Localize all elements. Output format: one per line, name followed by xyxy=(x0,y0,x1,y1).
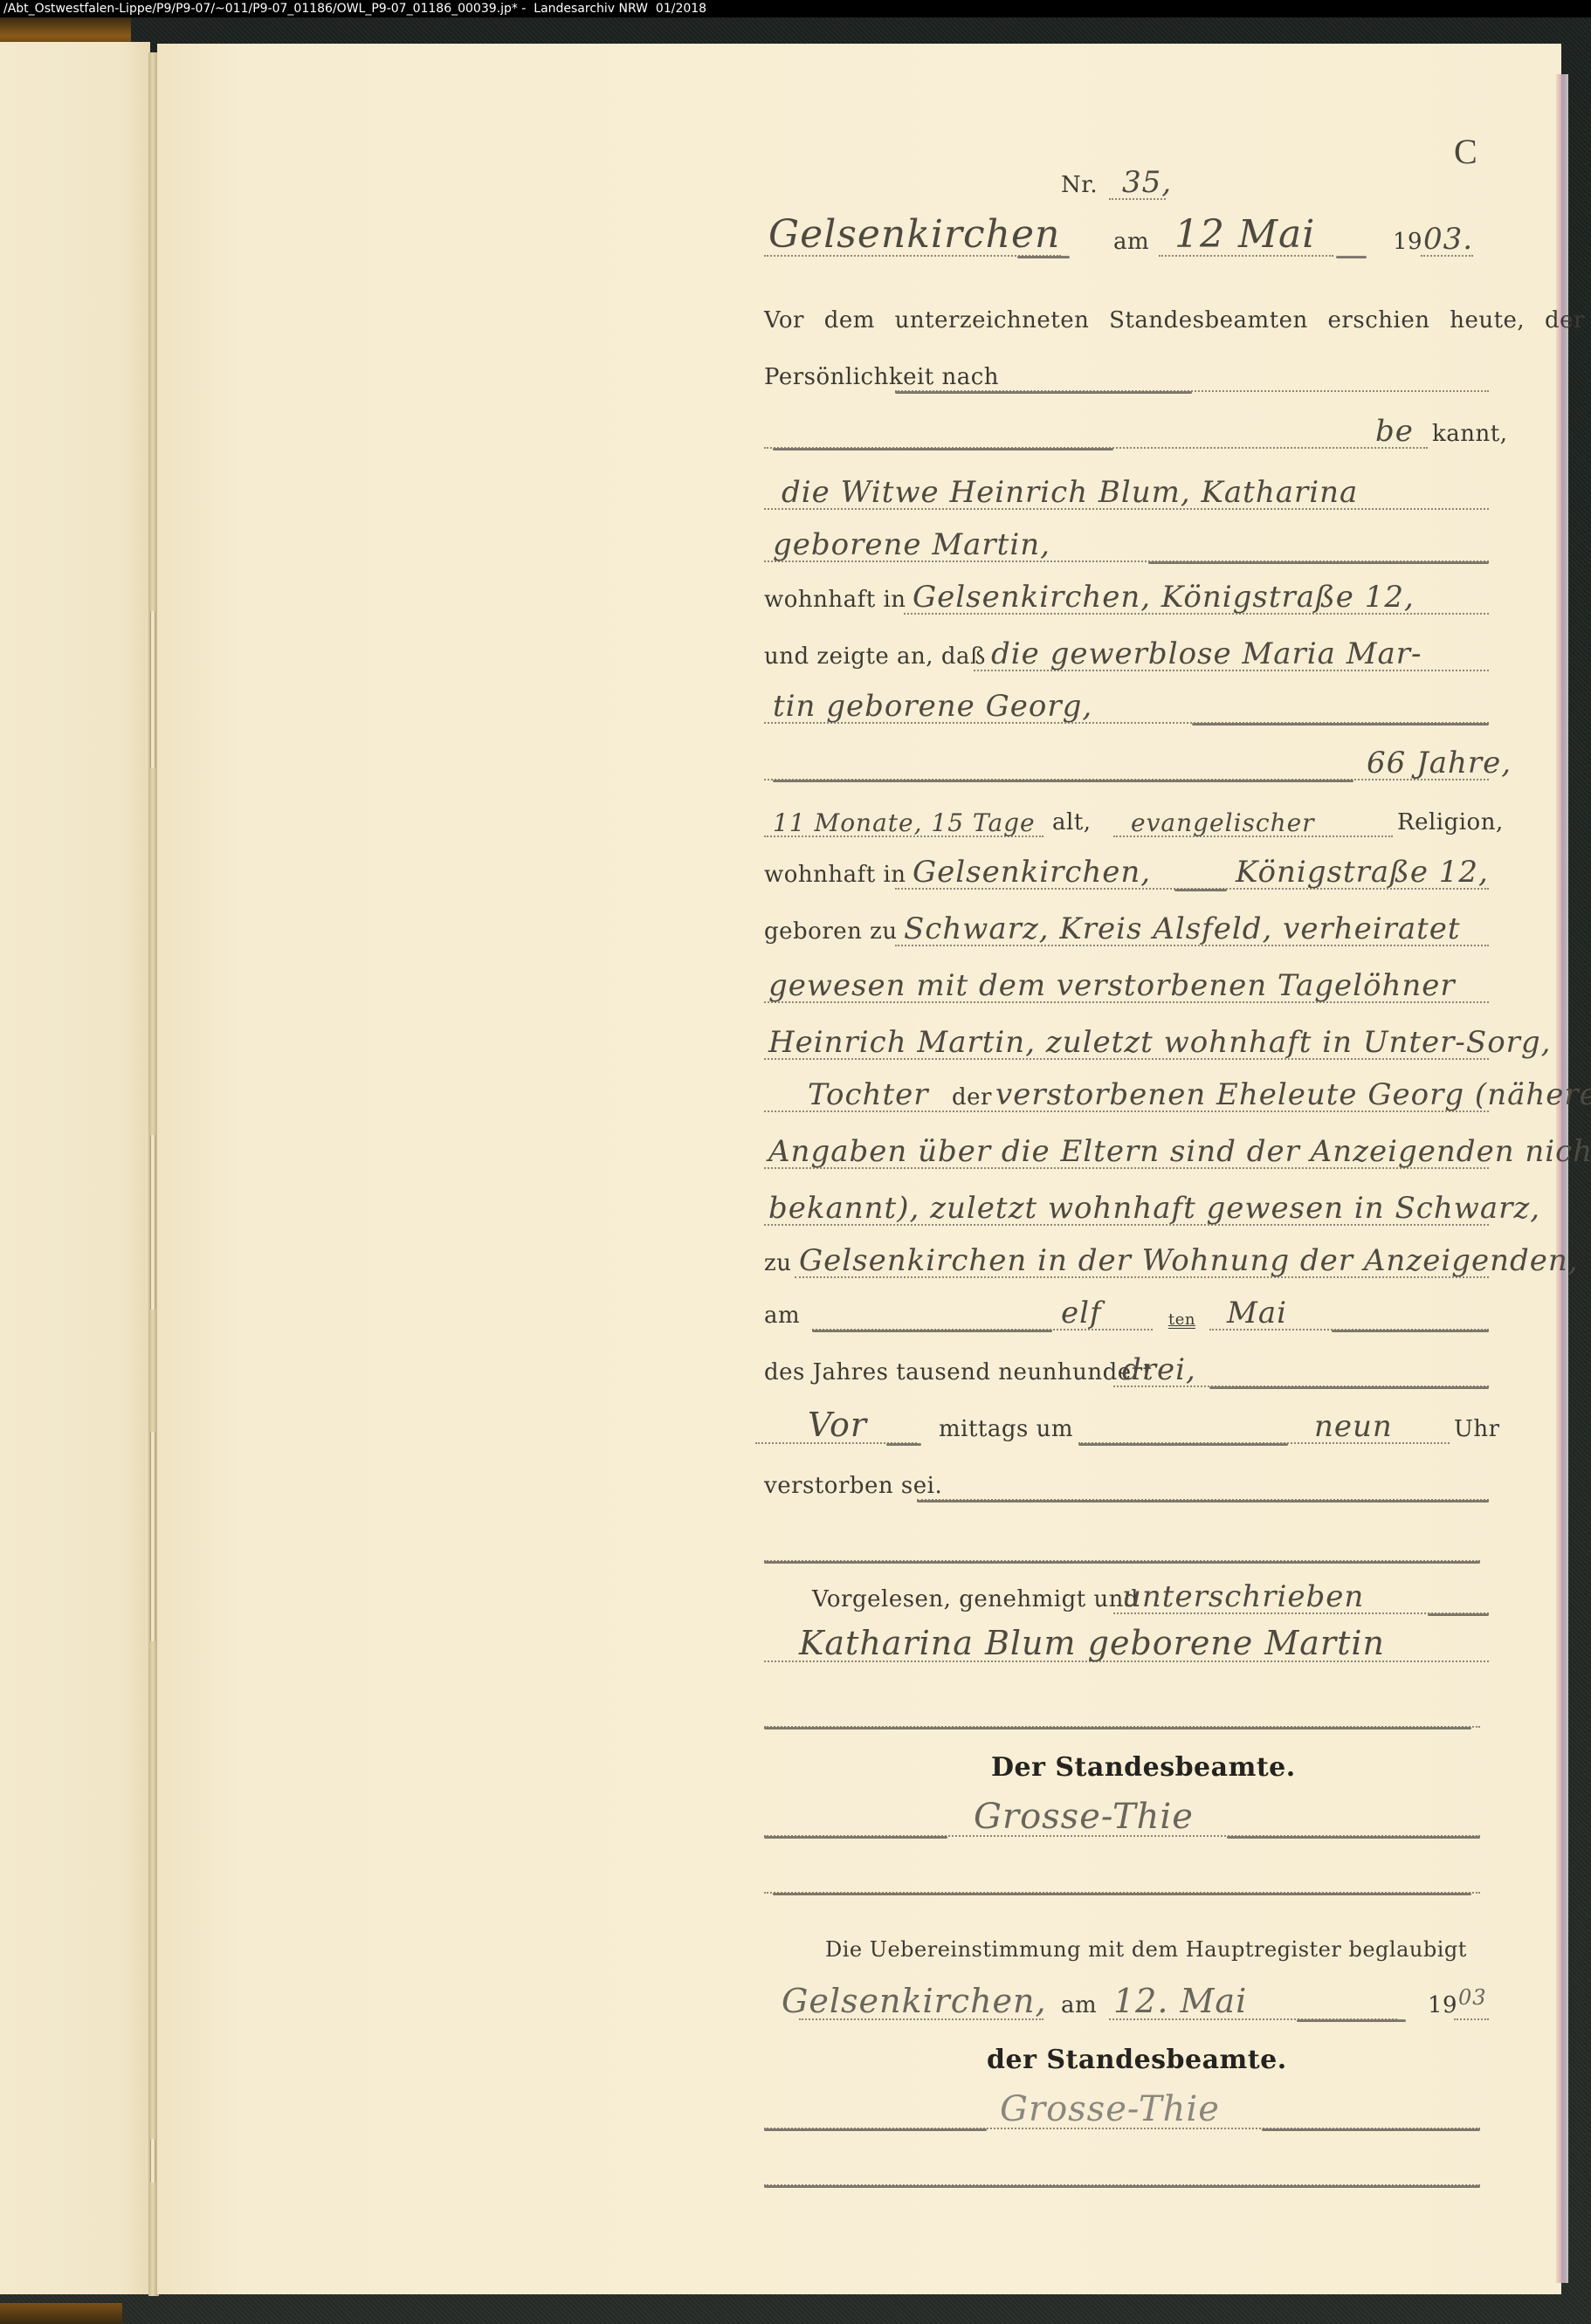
kannt-label: kannt, xyxy=(1432,421,1507,447)
informant-signature-row: Katharina Blum geborene Martin xyxy=(764,1615,1489,1667)
parents-info-text: Angaben über die Eltern sind der Anzeige… xyxy=(768,1134,1591,1169)
age-row-1: 66 Jahre, xyxy=(764,733,1489,786)
certification-text: Die Uebereinstimmung mit dem Hauptregist… xyxy=(825,1937,1467,1962)
blank-row xyxy=(764,1681,1489,1733)
place-of-death: Gelsenkirchen in der Wohnung der Anzeige… xyxy=(799,1243,1579,1278)
place-value: Gelsenkirchen xyxy=(768,212,1060,257)
parents-row: Angaben über die Eltern sind der Anzeige… xyxy=(764,1122,1489,1174)
birthplace-value: Schwarz, Kreis Alsfeld, verheiratet xyxy=(904,911,1461,946)
place-of-death-row: zu Gelsenkirchen in der Wohnung der Anze… xyxy=(764,1231,1489,1283)
fill-rule xyxy=(1078,1443,1288,1446)
year-prefix: 19 xyxy=(1428,1992,1457,2018)
blank-row xyxy=(764,2139,1489,2191)
fill-rule xyxy=(1262,2128,1480,2131)
zu-label: zu xyxy=(764,1250,791,1276)
certification-text-row: Die Uebereinstimmung mit dem Hauptregist… xyxy=(764,1916,1489,1969)
daughter-row: Tochter der verstorbenen Eheleute Georg … xyxy=(764,1065,1489,1117)
religion-value: evangelischer xyxy=(1131,808,1315,837)
year-suffix: 03. xyxy=(1423,222,1473,257)
birthplace-row: geboren zu Schwarz, Kreis Alsfeld, verhe… xyxy=(764,899,1489,952)
fill-rule xyxy=(1017,256,1070,258)
mittags-um-label: mittags um xyxy=(939,1416,1073,1442)
fill-rule xyxy=(886,1443,921,1446)
left-page xyxy=(0,42,150,2294)
wohnhaft-label: wohnhaft in xyxy=(764,587,906,613)
official-signature: Grosse-Thie xyxy=(974,1797,1194,1837)
cover-leather-bottom xyxy=(0,2303,122,2324)
marriage-row: gewesen mit dem verstorbenen Tagelöhner xyxy=(764,956,1489,1008)
verstorben-label: verstorben sei. xyxy=(764,1473,942,1499)
record-number-row: Nr. 35, xyxy=(764,153,1489,205)
informant-signature: Katharina Blum geborene Martin xyxy=(799,1624,1385,1662)
record-number-label: Nr. xyxy=(1061,172,1098,198)
official-signature-row: Grosse-Thie xyxy=(764,1790,1489,1842)
vor-mittags-hand: Vor xyxy=(808,1406,867,1444)
year-prefix: 19 xyxy=(1393,229,1422,255)
fill-rule xyxy=(895,391,1192,394)
last-residence-row: bekannt), zuletzt wohnhaft gewesen in Sc… xyxy=(764,1179,1489,1231)
fill-rule xyxy=(1227,1836,1480,1839)
death-date-row: am elf ten Mai xyxy=(764,1283,1489,1336)
record-number-value: 35, xyxy=(1122,165,1172,200)
certification-date: 12. Mai xyxy=(1113,1982,1247,2020)
binding-thread xyxy=(150,611,155,768)
ten-label: ten xyxy=(1168,1310,1195,1329)
bekannt-hand: be xyxy=(1375,414,1414,449)
fill-rule xyxy=(773,448,1113,450)
fill-rule xyxy=(1209,1386,1489,1389)
alt-label: alt, xyxy=(1052,809,1092,835)
last-residence-text: bekannt), zuletzt wohnhaft gewesen in Sc… xyxy=(768,1191,1540,1226)
geboren-label: geboren zu xyxy=(764,918,898,945)
informant-residence-row: wohnhaft in Gelsenkirchen, Königstraße 1… xyxy=(764,567,1489,620)
fill-rule xyxy=(773,1893,1471,1895)
fill-rule xyxy=(1336,256,1367,258)
binding-thread xyxy=(150,1135,155,1310)
des-jahres-label: des Jahres tausend neunhundert xyxy=(764,1359,1153,1385)
read-approved-row: Vorgelesen, genehmigt und unterschrieben xyxy=(764,1567,1489,1619)
persoenlichkeit-label: Persönlichkeit nach xyxy=(764,364,999,390)
death-year: drei, xyxy=(1122,1352,1196,1387)
certification-signature-row: Grosse-Thie xyxy=(764,2082,1489,2135)
binding-thread xyxy=(150,1432,155,1641)
field-line xyxy=(1454,2018,1489,2020)
blank-row xyxy=(764,1515,1489,1567)
age-religion-row: 11 Monate, 15 Tage alt, evangelischer Re… xyxy=(764,790,1489,842)
der-label: der xyxy=(952,1084,992,1110)
date-value: 12 Mai xyxy=(1174,212,1315,257)
age-years: 66 Jahre, xyxy=(1367,746,1512,780)
deceased-residence-row: wohnhaft in Gelsenkirchen, Königstraße 1… xyxy=(764,842,1489,895)
death-day: elf xyxy=(1061,1296,1102,1330)
fill-rule xyxy=(917,1500,1489,1502)
fill-rule xyxy=(1148,561,1489,564)
zeigte-an-label: und zeigte an, daß xyxy=(764,643,986,670)
death-year-row: des Jahres tausend neunhundert drei, xyxy=(764,1340,1489,1392)
intro-row-3: be kannt, xyxy=(764,402,1489,454)
informant-name: die Witwe Heinrich Blum, Katharina xyxy=(782,475,1358,510)
blank-row xyxy=(764,1846,1489,1899)
intro-row-2: Persönlichkeit nach xyxy=(764,345,1489,397)
official-title-row: Der Standesbeamte. xyxy=(764,1737,1489,1790)
fill-rule xyxy=(1174,889,1227,891)
cover-leather-top xyxy=(0,17,131,44)
page-edge-stained xyxy=(1556,74,1568,2283)
death-time-row: Vor mittags um neun Uhr xyxy=(764,1397,1489,1449)
informant-row-1: die Witwe Heinrich Blum, Katharina xyxy=(764,463,1489,515)
deceased-residence-city: Gelsenkirchen, xyxy=(913,855,1151,890)
official-title: Der Standesbeamte. xyxy=(991,1752,1296,1783)
religion-label: Religion, xyxy=(1397,809,1504,835)
report-row-1: und zeigte an, daß die gewerblose Maria … xyxy=(764,624,1489,677)
vorgelesen-label: Vorgelesen, genehmigt und xyxy=(812,1586,1139,1612)
deceased-name: die gewerblose Maria Mar- xyxy=(991,636,1422,671)
uhr-label: Uhr xyxy=(1454,1416,1500,1442)
informant-row-2: geborene Martin, xyxy=(764,515,1489,567)
age-months-days: 11 Monate, 15 Tage xyxy=(773,808,1036,837)
fill-rule xyxy=(1192,723,1489,725)
fill-rule xyxy=(764,2185,1480,2188)
am-label: am xyxy=(1061,1992,1097,2018)
fill-rule xyxy=(764,1836,947,1839)
certification-signature: Grosse-Thie xyxy=(1000,2089,1220,2129)
deceased-maiden-name: tin geborene Georg, xyxy=(773,689,1092,724)
fill-rule xyxy=(764,1727,1471,1729)
certification-place: Gelsenkirchen, xyxy=(782,1982,1047,2020)
certification-date-row: Gelsenkirchen, am 12. Mai 19 03 xyxy=(764,1973,1489,2025)
unterschrieben-hand: unterschrieben xyxy=(1122,1579,1364,1614)
fill-rule xyxy=(764,2128,987,2131)
death-hour: neun xyxy=(1314,1409,1393,1444)
deceased-residence-street: Königstraße 12, xyxy=(1236,855,1489,890)
binding-thread xyxy=(150,2139,155,2183)
wohnhaft-label: wohnhaft in xyxy=(764,862,906,888)
header-date-row: Gelsenkirchen am 12 Mai 19 03. xyxy=(764,210,1489,262)
parents-text: verstorbenen Eheleute Georg (nähere xyxy=(995,1077,1591,1112)
verstorben-row: verstorben sei. xyxy=(764,1454,1489,1506)
fill-rule xyxy=(1332,1330,1489,1332)
am-label: am xyxy=(764,1303,800,1329)
certification-official-title: der Standesbeamte. xyxy=(987,2045,1287,2075)
husband-row: Heinrich Martin, zuletzt wohnhaft in Unt… xyxy=(764,1013,1489,1065)
informant-maiden-name: geborene Martin, xyxy=(773,527,1050,562)
fill-rule xyxy=(773,780,1353,782)
tochter-hand: Tochter xyxy=(808,1077,928,1112)
year-suffix: 03 xyxy=(1458,1985,1487,2010)
fill-rule xyxy=(1297,2019,1406,2022)
window-title-bar: /Abt_Ostwestfalen-Lippe/P9/P9-07/~011/P9… xyxy=(0,0,1591,17)
fill-rule xyxy=(764,1561,1480,1564)
report-row-2: tin geborene Georg, xyxy=(764,677,1489,729)
marriage-text: gewesen mit dem verstorbenen Tagelöhner xyxy=(768,968,1456,1003)
am-label: am xyxy=(1113,229,1149,255)
certification-title-row: der Standesbeamte. xyxy=(764,2030,1489,2082)
fill-rule xyxy=(812,1330,1052,1332)
death-month: Mai xyxy=(1227,1296,1287,1330)
intro-row-1: Vor dem unterzeichneten Standesbeamten e… xyxy=(764,288,1489,340)
informant-residence: Gelsenkirchen, Königstraße 12, xyxy=(913,580,1415,615)
intro-text: Vor dem unterzeichneten Standesbeamten e… xyxy=(764,307,1585,333)
husband-text: Heinrich Martin, zuletzt wohnhaft in Unt… xyxy=(768,1025,1552,1060)
